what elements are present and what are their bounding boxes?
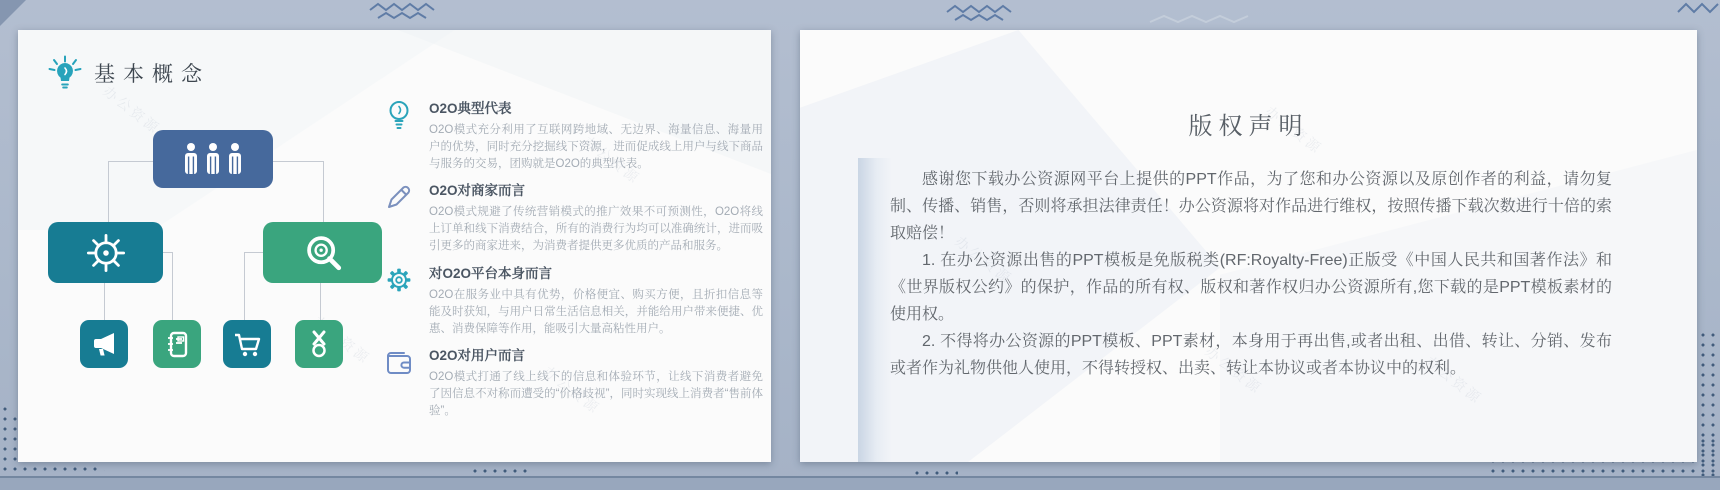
slide-copyright-statement: 办公资源 办公资源 办公资源 办公资源 版权声明 感谢您下载办公资源网平台上提供… [800, 30, 1697, 462]
copyright-title: 版权声明 [800, 106, 1697, 141]
connector-line [108, 161, 109, 222]
gear-icon [382, 262, 420, 338]
copyright-paragraph: 感谢您下载办公资源网平台上提供的PPT作品，为了您和办公资源以及原创作者的利益，… [890, 166, 1612, 247]
halftone-dots-decor [1698, 330, 1720, 480]
wave-decor [1148, 12, 1258, 30]
diagram-leaf-records [153, 320, 201, 368]
slide-basic-concepts: 办公资源 办公资源 办公资源 办公资源 基本概念 [18, 30, 771, 462]
target-search-icon [297, 227, 349, 279]
copyright-paragraph: 1. 在办公资源出售的PPT模板是免版税类(RF:Royalty-Free)正版… [890, 247, 1612, 328]
notebook-icon [162, 329, 192, 359]
connector-line [172, 252, 173, 320]
section-o2o-representative: O2O典型代表 O2O模式充分利用了互联网跨地域、无边界、海量信息、海量用户的优… [382, 97, 750, 173]
slide-title: 基本概念 [94, 58, 210, 88]
megaphone-icon [89, 329, 119, 359]
medal-icon [304, 329, 334, 359]
section-o2o-users: O2O对用户而言 O2O模式打通了线上线下的信息和体验环节，让线下消费者避免了因… [382, 344, 750, 420]
zigzag-decor [1676, 0, 1720, 16]
bottom-bar-decor [0, 476, 1720, 490]
connector-line [244, 252, 245, 320]
section-o2o-merchants: O2O对商家而言 O2O模式规避了传统营销模式的推广效果不可预测性，O2O将线上… [382, 179, 750, 255]
people-icon [180, 140, 246, 178]
bulb-outline-icon [382, 97, 420, 173]
diagram-leaf-award [295, 320, 343, 368]
zigzag-decor [945, 4, 1015, 24]
connector-line [273, 161, 323, 162]
template-preview-canvas: 办公资源 办公资源 办公资源 办公资源 基本概念 [0, 0, 1720, 490]
section-heading: O2O对商家而言 [429, 179, 763, 199]
connector-line [108, 161, 153, 162]
section-body: O2O模式打通了线上线下的信息和体验环节，让线下消费者避免了因信息不对称而遭受的… [429, 369, 763, 420]
pencil-icon [382, 179, 420, 255]
section-heading: O2O对用户而言 [429, 344, 763, 364]
section-heading: 对O2O平台本身而言 [429, 262, 763, 282]
diagram-leaf-promotion [80, 320, 128, 368]
diagram-node-users [153, 130, 273, 188]
copyright-body: 感谢您下载办公资源网平台上提供的PPT作品，为了您和办公资源以及原创作者的利益，… [890, 166, 1612, 382]
corner-triangle-decor [0, 0, 26, 26]
ship-wheel-icon [80, 227, 132, 279]
diagram-node-operations [48, 222, 163, 283]
section-body: O2O在服务业中具有优势，价格便宜、购买方便，且折扣信息等能及时获知，与用户日常… [429, 287, 763, 338]
connector-line [104, 283, 105, 320]
diagram-leaf-shopping [223, 320, 271, 368]
section-heading: O2O典型代表 [429, 97, 763, 117]
connector-line [244, 252, 263, 253]
connector-line [323, 161, 324, 222]
connector-line [320, 283, 321, 320]
cart-icon [232, 329, 262, 359]
zigzag-decor [368, 2, 438, 22]
section-body: O2O模式充分利用了互联网跨地域、无边界、海量信息、海量用户的优势，同时充分挖掘… [429, 122, 763, 173]
copyright-paragraph: 2. 不得将办公资源的PPT模板、PPT素材，本身用于再出售,或者出租、出借、转… [890, 328, 1612, 382]
lightbulb-icon [46, 54, 84, 92]
section-body: O2O模式规避了传统营销模式的推广效果不可预测性，O2O将线上订单和线下消费结合… [429, 204, 763, 255]
page-fold-decor [858, 158, 892, 462]
wallet-icon [382, 344, 420, 420]
slide-title-block: 基本概念 [46, 54, 210, 92]
section-o2o-platform: 对O2O平台本身而言 O2O在服务业中具有优势，价格便宜、购买方便，且折扣信息等… [382, 262, 750, 338]
diagram-node-targeting [263, 222, 382, 283]
